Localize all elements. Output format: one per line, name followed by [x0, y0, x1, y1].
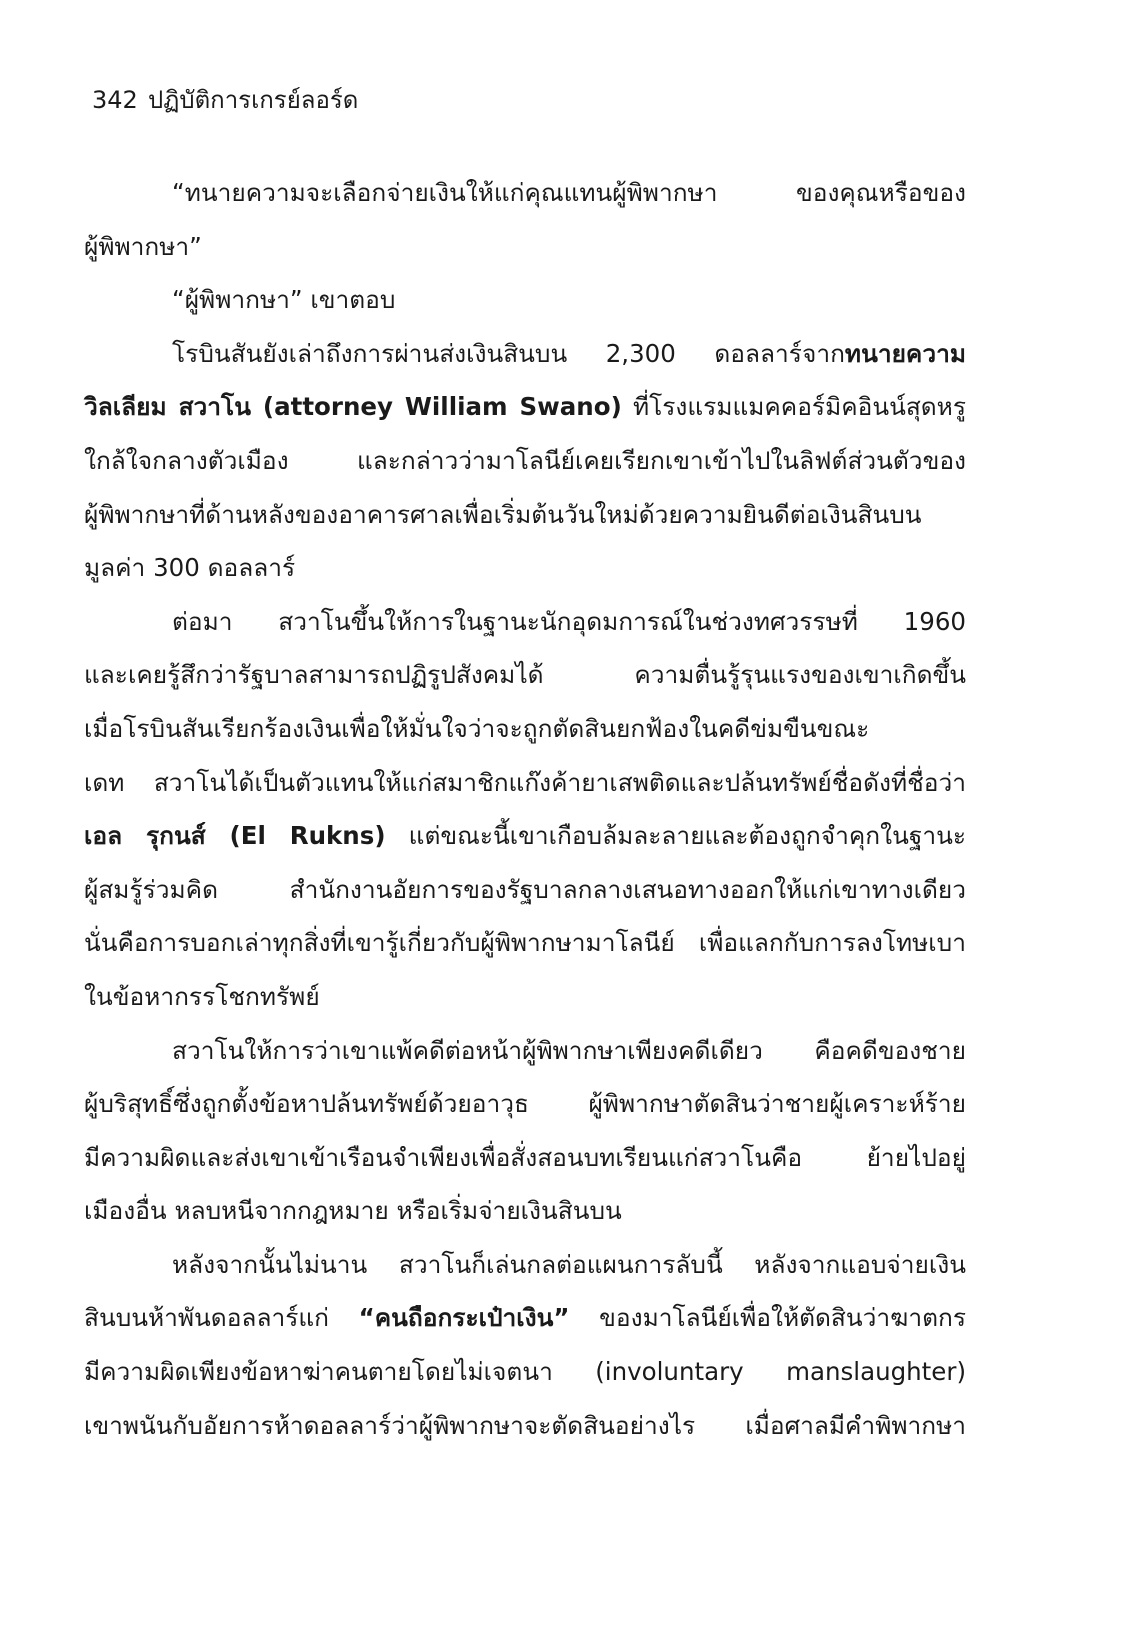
bold-text-segment: วิลเลียม สวาโน (attorney William Swano) [84, 392, 622, 421]
text-segment: ของมาโลนีย์เพื่อให้ตัดสินว่าฆาตกร [569, 1303, 966, 1332]
body-text: “ทนายความจะเลือกจ่ายเงินให้แก่คุณแทนผู้พ… [84, 166, 966, 1452]
running-head: 342ปฏิบัติการเกรย์ลอร์ด [92, 84, 358, 116]
text-segment: ที่โรงแรมแมคคอร์มิคอินน์สุดหรู [622, 392, 966, 421]
text-segment: สินบนห้าพันดอลลาร์แก่ [84, 1303, 359, 1332]
text-segment: และเคยรู้สึกว่ารัฐบาลสามารถปฏิรูปสังคมได… [84, 660, 966, 689]
text-line: โรบินสันยังเล่าถึงการผ่านส่งเงินสินบน 2,… [84, 327, 966, 381]
text-segment: ผู้พิพากษาที่ด้านหลังของอาคารศาลเพื่อเริ… [84, 500, 922, 529]
text-line: สวาโนให้การว่าเขาแพ้คดีต่อหน้าผู้พิพากษา… [84, 1024, 966, 1078]
running-title: ปฏิบัติการเกรย์ลอร์ด [148, 86, 358, 114]
text-segment: เมืองอื่น หลบหนีจากกฎหมาย หรือเริ่มจ่ายเ… [84, 1196, 622, 1225]
text-segment: ต่อมา สวาโนขึ้นให้การในฐานะนักอุดมการณ์ใ… [172, 607, 966, 636]
text-line: ต่อมา สวาโนขึ้นให้การในฐานะนักอุดมการณ์ใ… [84, 595, 966, 649]
text-line: “ผู้พิพากษา” เขาตอบ [84, 273, 966, 327]
text-line: เดท สวาโนได้เป็นตัวแทนให้แก่สมาชิกแก๊งค้… [84, 756, 966, 810]
text-segment: สวาโนให้การว่าเขาแพ้คดีต่อหน้าผู้พิพากษา… [172, 1036, 966, 1065]
text-line: เมืองอื่น หลบหนีจากกฎหมาย หรือเริ่มจ่ายเ… [84, 1184, 966, 1238]
text-line: หลังจากนั้นไม่นาน สวาโนก็เล่นกลต่อแผนการ… [84, 1238, 966, 1292]
text-segment: นั่นคือการบอกเล่าทุกสิ่งที่เขารู้เกี่ยวก… [84, 928, 966, 957]
text-segment: มูลค่า 300 ดอลลาร์ [84, 553, 295, 582]
text-segment: ผู้สมรู้ร่วมคิด สำนักงานอัยการของรัฐบาลก… [84, 875, 966, 904]
text-line: เขาพนันกับอัยการห้าดอลลาร์ว่าผู้พิพากษาจ… [84, 1399, 966, 1453]
text-line: ใกล้ใจกลางตัวเมือง และกล่าวว่ามาโลนีย์เค… [84, 434, 966, 488]
text-segment: โรบินสันยังเล่าถึงการผ่านส่งเงินสินบน 2,… [172, 339, 845, 368]
text-line: สินบนห้าพันดอลลาร์แก่ “คนถือกระเป๋าเงิน”… [84, 1291, 966, 1345]
bold-text-segment: “คนถือกระเป๋าเงิน” [359, 1303, 570, 1332]
book-page: 342ปฏิบัติการเกรย์ลอร์ด “ทนายความจะเลือก… [0, 0, 1126, 1638]
text-segment: “ทนายความจะเลือกจ่ายเงินให้แก่คุณแทนผู้พ… [172, 178, 966, 207]
text-line: วิลเลียม สวาโน (attorney William Swano) … [84, 380, 966, 434]
text-segment: เมื่อโรบินสันเรียกร้องเงินเพื่อให้มั่นใจ… [84, 714, 869, 743]
text-segment: เขาพนันกับอัยการห้าดอลลาร์ว่าผู้พิพากษาจ… [84, 1411, 966, 1440]
text-line: มีความผิดเพียงข้อหาฆ่าคนตายโดยไม่เจตนา (… [84, 1345, 966, 1399]
text-line: เอล รุกนส์ (El Rukns) แต่ขณะนี้เขาเกือบล… [84, 809, 966, 863]
text-line: ผู้พิพากษา” [84, 220, 966, 274]
page-number: 342 [92, 84, 148, 116]
text-line: มูลค่า 300 ดอลลาร์ [84, 541, 966, 595]
text-segment: ผู้พิพากษา” [84, 232, 202, 261]
bold-text-segment: ทนายความ [845, 339, 966, 368]
text-line: ผู้สมรู้ร่วมคิด สำนักงานอัยการของรัฐบาลก… [84, 863, 966, 917]
bold-text-segment: เอล รุกนส์ (El Rukns) [84, 821, 386, 850]
text-line: ผู้บริสุทธิ์ซึ่งถูกตั้งข้อหาปล้นทรัพย์ด้… [84, 1077, 966, 1131]
text-segment: เดท สวาโนได้เป็นตัวแทนให้แก่สมาชิกแก๊งค้… [84, 768, 966, 797]
text-line: มีความผิดและส่งเขาเข้าเรือนจำเพียงเพื่อส… [84, 1131, 966, 1185]
text-segment: มีความผิดและส่งเขาเข้าเรือนจำเพียงเพื่อส… [84, 1143, 966, 1172]
text-line: เมื่อโรบินสันเรียกร้องเงินเพื่อให้มั่นใจ… [84, 702, 966, 756]
text-line: ในข้อหากรรโชกทรัพย์ [84, 970, 966, 1024]
text-segment: มีความผิดเพียงข้อหาฆ่าคนตายโดยไม่เจตนา (… [84, 1357, 966, 1386]
text-segment: “ผู้พิพากษา” เขาตอบ [172, 285, 395, 314]
text-segment: หลังจากนั้นไม่นาน สวาโนก็เล่นกลต่อแผนการ… [172, 1250, 966, 1279]
text-segment: ใกล้ใจกลางตัวเมือง และกล่าวว่ามาโลนีย์เค… [84, 446, 966, 475]
text-line: “ทนายความจะเลือกจ่ายเงินให้แก่คุณแทนผู้พ… [84, 166, 966, 220]
text-line: และเคยรู้สึกว่ารัฐบาลสามารถปฏิรูปสังคมได… [84, 648, 966, 702]
text-line: นั่นคือการบอกเล่าทุกสิ่งที่เขารู้เกี่ยวก… [84, 916, 966, 970]
text-segment: แต่ขณะนี้เขาเกือบล้มละลายและต้องถูกจำคุก… [386, 821, 966, 850]
text-line: ผู้พิพากษาที่ด้านหลังของอาคารศาลเพื่อเริ… [84, 488, 966, 542]
text-segment: ในข้อหากรรโชกทรัพย์ [84, 982, 320, 1011]
text-segment: ผู้บริสุทธิ์ซึ่งถูกตั้งข้อหาปล้นทรัพย์ด้… [84, 1089, 966, 1118]
